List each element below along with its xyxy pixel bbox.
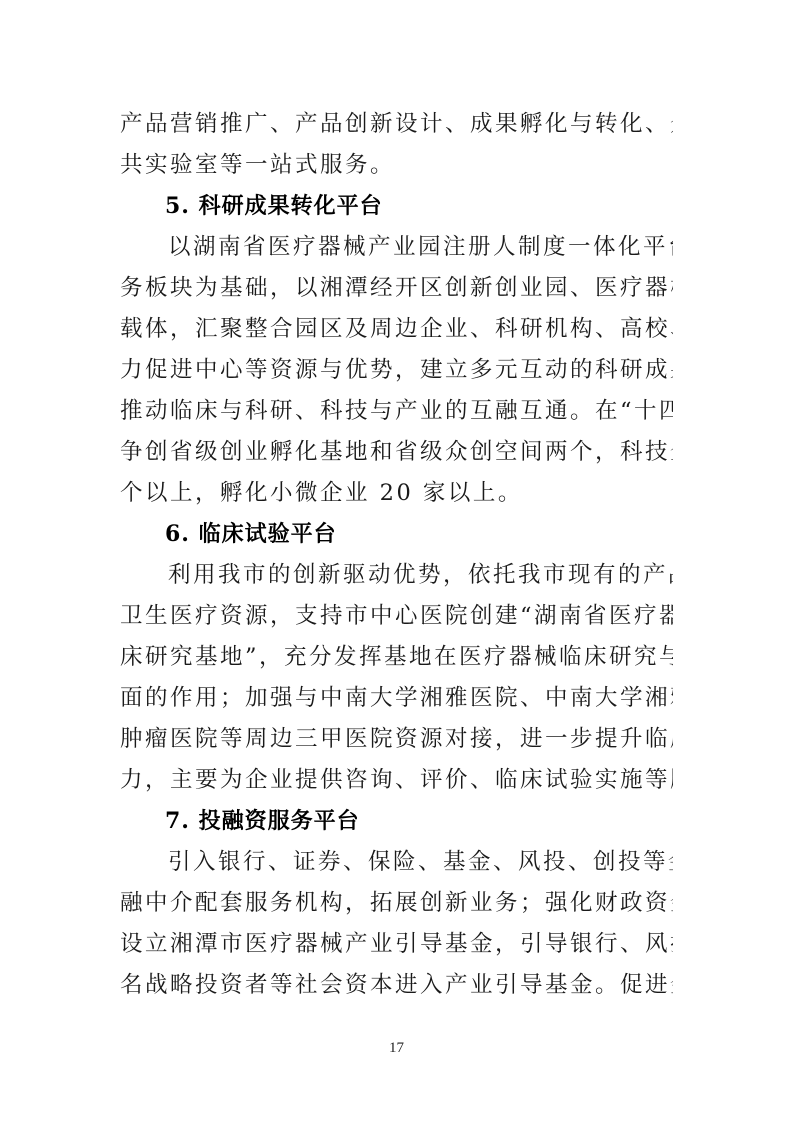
text-line: 载体，汇聚整合园区及周边企业、科研机构、高校、湘潭市生产 — [120, 309, 673, 350]
section-heading-7: 7. 投融资服务平台 — [120, 801, 673, 842]
section-title: 投融资服务平台 — [199, 808, 360, 834]
section-title: 科研成果转化平台 — [199, 193, 383, 219]
paragraph-continued: 产品营销推广、产品创新设计、成果孵化与转化、众创空间、公 共实验室等一站式服务。 — [120, 104, 673, 186]
paragraph-section-5: 以湖南省医疗器械产业园注册人制度一体化平台的相关业 务板块为基础，以湘潭经开区创… — [120, 227, 673, 514]
text-line: 以湖南省医疗器械产业园注册人制度一体化平台的相关业 — [120, 227, 673, 268]
section-heading-5: 5. 科研成果转化平台 — [120, 186, 673, 227]
text-line: 引入银行、证券、保险、基金、风投、创投等金融机构和金 — [120, 842, 673, 883]
section-number: 6. — [165, 521, 190, 547]
section-heading-6: 6. 临床试验平台 — [120, 514, 673, 555]
page-number: 17 — [0, 1040, 793, 1057]
text-line: 设立湘潭市医疗器械产业引导基金，引导银行、风投、创投、知 — [120, 924, 673, 965]
text-line: 产品营销推广、产品创新设计、成果孵化与转化、众创空间、公 — [120, 104, 673, 145]
text-line: 面的作用；加强与中南大学湘雅医院、中南大学湘雅三医院、省 — [120, 678, 673, 719]
document-page: 产品营销推广、产品创新设计、成果孵化与转化、众创空间、公 共实验室等一站式服务。… — [120, 104, 673, 1006]
text-line: 务板块为基础，以湘潭经开区创新创业园、医疗器械创客空间为 — [120, 268, 673, 309]
text-line: 推动临床与科研、科技与产业的互融互通。在“十四五”期间， — [120, 391, 673, 432]
text-line: 力，主要为企业提供咨询、评价、临床试验实施等服务。 — [120, 760, 673, 801]
paragraph-section-7: 引入银行、证券、保险、基金、风投、创投等金融机构和金 融中介配套服务机构，拓展创… — [120, 842, 673, 1006]
section-number: 7. — [165, 808, 190, 834]
text-line: 利用我市的创新驱动优势，依托我市现有的产品孵化平台和 — [120, 555, 673, 596]
text-line: 名战略投资者等社会资本进入产业引导基金。促进金融与科技的 — [120, 965, 673, 1006]
text-line: 共实验室等一站式服务。 — [120, 145, 673, 186]
text-line: 床研究基地”，充分发挥基地在医疗器械临床研究与临床评价方 — [120, 637, 673, 678]
text-line: 卫生医疗资源，支持市中心医院创建“湖南省医疗器械创新与临 — [120, 596, 673, 637]
text-line: 争创省级创业孵化基地和省级众创空间两个，科技企业孵化器 5 — [120, 432, 673, 473]
section-title: 临床试验平台 — [199, 521, 337, 547]
text-line: 力促进中心等资源与优势，建立多元互动的科研成果转化平台， — [120, 350, 673, 391]
text-line: 个以上，孵化小微企业 20 家以上。 — [120, 473, 673, 514]
paragraph-section-6: 利用我市的创新驱动优势，依托我市现有的产品孵化平台和 卫生医疗资源，支持市中心医… — [120, 555, 673, 801]
text-line: 融中介配套服务机构，拓展创新业务；强化财政资金引导作用， — [120, 883, 673, 924]
section-number: 5. — [165, 193, 190, 219]
text-line: 肿瘤医院等周边三甲医院资源对接，进一步提升临床评价服务能 — [120, 719, 673, 760]
